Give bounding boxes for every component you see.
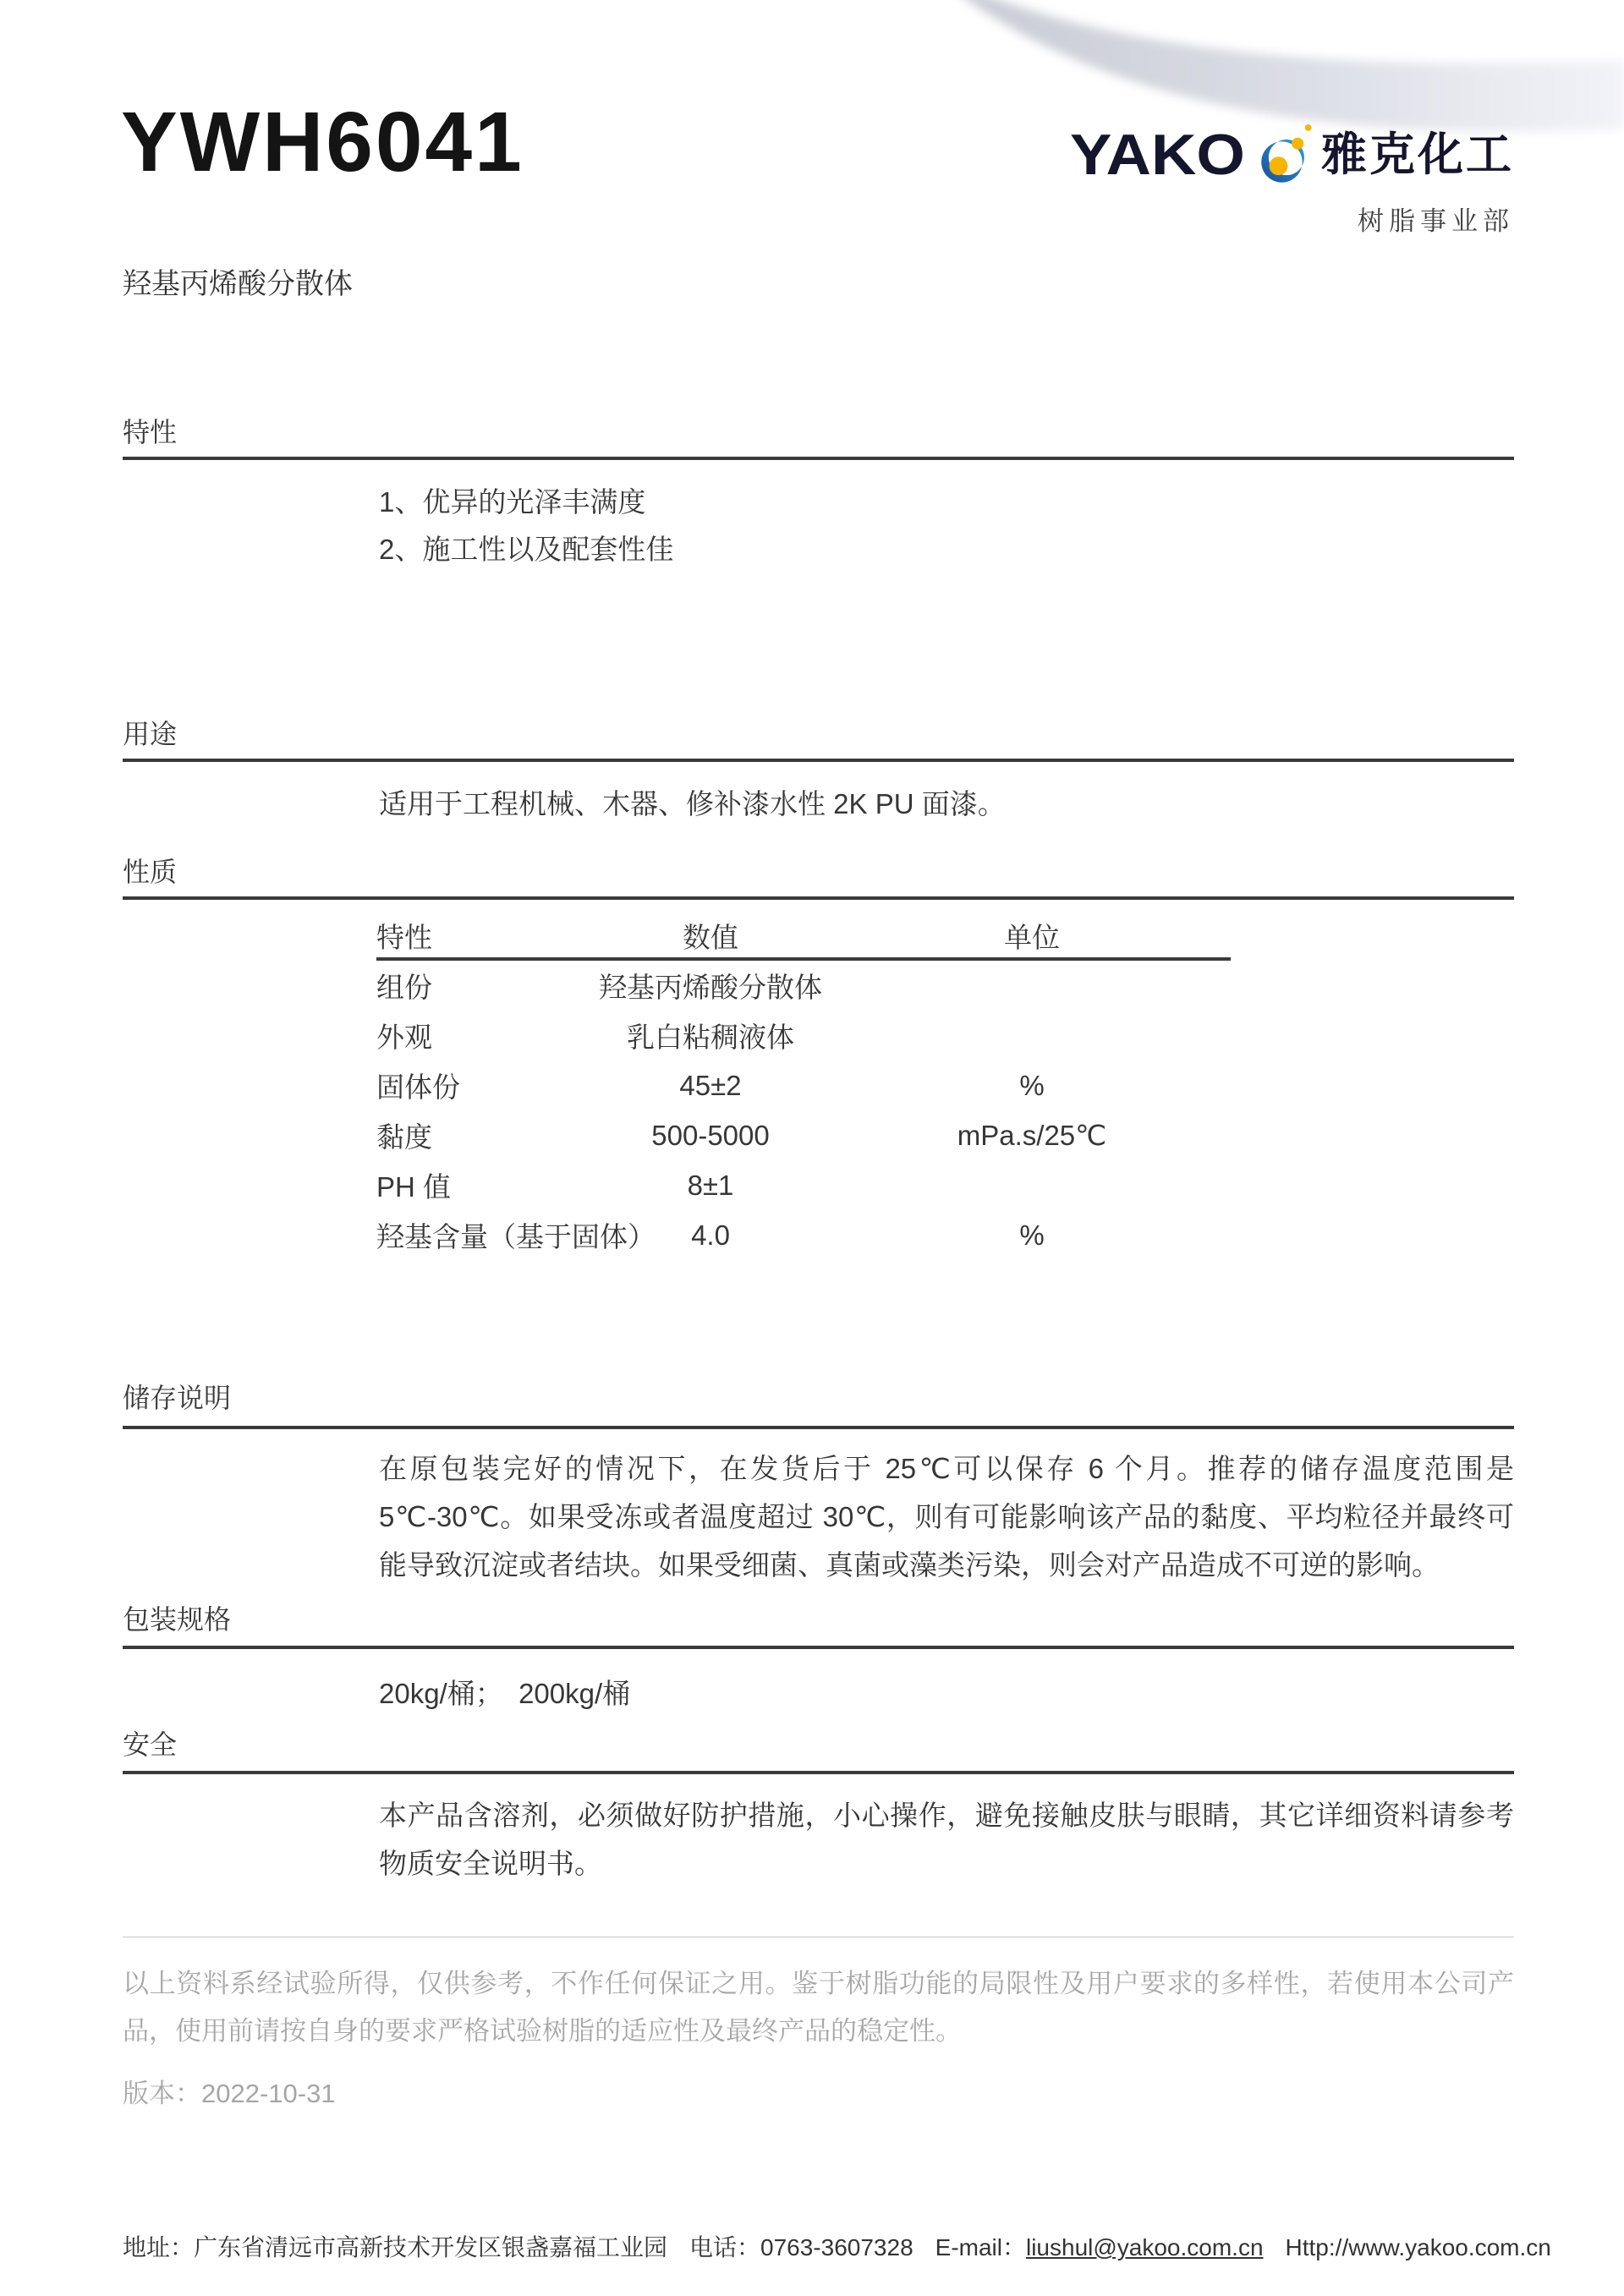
table-cell-value: 乳白粘稠液体 bbox=[588, 1016, 833, 1055]
table-header-value: 数值 bbox=[588, 916, 833, 956]
company-logo: YAKO 雅克化工 bbox=[1070, 118, 1514, 238]
version-text: 版本：2022-10-31 bbox=[123, 2072, 336, 2110]
section-title-storage: 储存说明 bbox=[123, 1377, 231, 1416]
section-title-usage: 用途 bbox=[123, 713, 177, 752]
table-cell-unit: mPa.s/25℃ bbox=[833, 1119, 1231, 1152]
table-row: 黏度 500-5000 mPa.s/25℃ bbox=[376, 1110, 1231, 1160]
feature-item: 1、优异的光泽丰满度 bbox=[379, 479, 673, 526]
email-label: E-mail： bbox=[935, 2229, 1026, 2263]
contact-line: 地址：广东省清远市高新技术开发区银盏嘉福工业园 电话：0763-3607328 … bbox=[123, 2229, 1551, 2263]
address-text: 地址：广东省清远市高新技术开发区银盏嘉福工业园 bbox=[123, 2229, 667, 2263]
table-header-property: 特性 bbox=[376, 916, 588, 956]
yako-swoosh-icon bbox=[1250, 118, 1316, 191]
section-rule bbox=[123, 457, 1514, 460]
section-rule bbox=[123, 1771, 1514, 1774]
product-name-subtitle: 羟基丙烯酸分散体 bbox=[123, 260, 353, 302]
table-header-row: 特性 数值 单位 bbox=[376, 913, 1231, 961]
disclaimer-text: 以上资料系经试验所得，仅供参考，不作任何保证之用。鉴于树脂功能的局限性及用户要求… bbox=[123, 1960, 1514, 2055]
features-list: 1、优异的光泽丰满度 2、施工性以及配套性佳 bbox=[379, 479, 673, 573]
table-cell-unit: % bbox=[833, 1070, 1231, 1102]
usage-text: 适用于工程机械、木器、修补漆水性 2K PU 面漆。 bbox=[379, 780, 1514, 828]
section-rule bbox=[123, 896, 1514, 900]
properties-table: 特性 数值 单位 组份 羟基丙烯酸分散体 外观 乳白粘稠液体 固体份 45±2 … bbox=[376, 913, 1231, 1260]
table-cell-property: PH 值 bbox=[376, 1165, 588, 1205]
table-header-unit: 单位 bbox=[833, 916, 1231, 956]
table-cell-value: 500-5000 bbox=[588, 1120, 833, 1152]
section-rule bbox=[123, 1646, 1514, 1649]
email-group: E-mail：liushul@yakoo.com.cn bbox=[935, 2229, 1264, 2263]
feature-item: 2、施工性以及配套性佳 bbox=[379, 526, 673, 573]
table-cell-unit: % bbox=[833, 1219, 1231, 1252]
table-row: PH 值 8±1 bbox=[376, 1160, 1231, 1210]
website-text: Http://www.yakoo.com.cn bbox=[1286, 2234, 1551, 2261]
table-row: 羟基含量（基于固体） 4.0 % bbox=[376, 1210, 1231, 1260]
phone-text: 电话：0763-3607328 bbox=[689, 2229, 913, 2263]
table-row: 外观 乳白粘稠液体 bbox=[376, 1011, 1231, 1060]
email-link[interactable]: liushul@yakoo.com.cn bbox=[1026, 2234, 1264, 2261]
table-cell-property: 外观 bbox=[376, 1016, 588, 1055]
section-rule bbox=[123, 1426, 1514, 1429]
safety-text: 本产品含溶剂，必须做好防护措施，小心操作，避免接触皮肤与眼睛，其它详细资料请参考… bbox=[379, 1791, 1514, 1888]
division-name: 树脂事业部 bbox=[1070, 200, 1514, 238]
table-cell-value: 45±2 bbox=[588, 1070, 833, 1102]
section-title-features: 特性 bbox=[123, 411, 177, 450]
table-row: 组份 羟基丙烯酸分散体 bbox=[376, 961, 1231, 1011]
section-title-safety: 安全 bbox=[123, 1723, 177, 1762]
section-rule bbox=[123, 759, 1514, 762]
storage-text: 在原包装完好的情况下，在发货后于 25℃可以保存 6 个月。推荐的储存温度范围是… bbox=[379, 1444, 1514, 1589]
table-cell-property: 羟基含量（基于固体） bbox=[376, 1215, 588, 1255]
table-cell-value: 4.0 bbox=[588, 1219, 833, 1252]
table-cell-property: 黏度 bbox=[376, 1115, 588, 1155]
product-code-title: YWH6041 bbox=[121, 100, 524, 184]
table-cell-property: 组份 bbox=[376, 966, 588, 1006]
section-title-properties: 性质 bbox=[123, 851, 177, 890]
table-row: 固体份 45±2 % bbox=[376, 1060, 1231, 1110]
table-cell-value: 羟基丙烯酸分散体 bbox=[588, 966, 833, 1006]
table-cell-value: 8±1 bbox=[588, 1170, 833, 1202]
footer-divider bbox=[123, 1937, 1514, 1937]
section-title-packaging: 包装规格 bbox=[123, 1598, 231, 1637]
yako-wordmark: YAKO bbox=[1070, 126, 1245, 184]
datasheet-page: YWH6041 羟基丙烯酸分散体 YAKO bbox=[0, 0, 1624, 2296]
table-cell-property: 固体份 bbox=[376, 1066, 588, 1105]
company-name: 雅克化工 bbox=[1321, 132, 1514, 178]
packaging-text: 20kg/桶； 200kg/桶 bbox=[379, 1669, 1514, 1718]
